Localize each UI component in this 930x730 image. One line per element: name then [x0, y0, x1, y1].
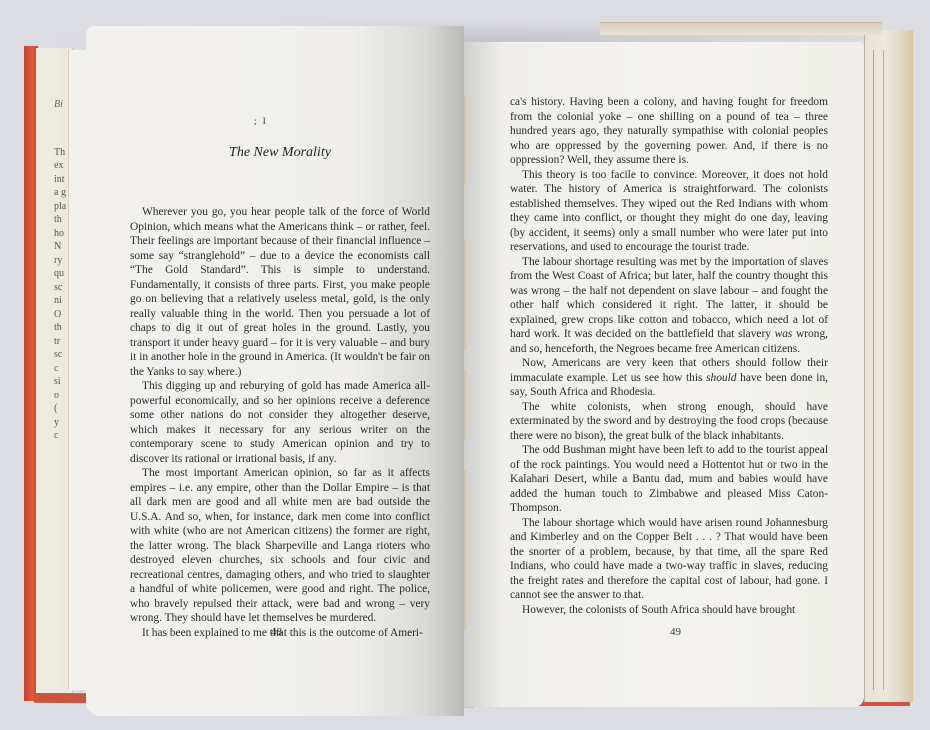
paragraph: Wherever you go, you hear people talk of… [130, 205, 430, 379]
jacket-text-fragment: y [36, 416, 72, 430]
left-page-body: Wherever you go, you hear people talk of… [130, 205, 430, 640]
jacket-text-fragment: ry [36, 254, 72, 268]
jacket-text-fragment: qu [36, 267, 72, 281]
jacket-text-fragment: N [36, 240, 72, 254]
jacket-text-fragment: ni [36, 294, 72, 308]
paragraph: The odd Bushman might have been left to … [510, 443, 828, 516]
paragraph: This digging up and reburying of gold ha… [130, 379, 430, 466]
jacket-text-fragment: o [36, 389, 72, 403]
paragraph: The labour shortage resulting was met by… [510, 255, 828, 357]
paragraph: This theory is too facile to convince. M… [510, 168, 828, 255]
paragraph: The labour shortage which would have ari… [510, 516, 828, 603]
jacket-text-fragment: ( [36, 402, 72, 416]
page-number-right: 49 [670, 626, 681, 638]
jacket-text-fragment: si [36, 375, 72, 389]
paragraph: ca's history. Having been a colony, and … [510, 95, 828, 168]
jacket-title-fragment: Bi [36, 98, 72, 112]
jacket-text-fragment: c [36, 429, 72, 443]
page-edges-right [864, 30, 913, 702]
page-number-left: 48 [271, 626, 282, 638]
chapter-number: ; I [254, 116, 268, 126]
jacket-text-fragment: tr [36, 335, 72, 349]
chapter-title: The New Morality [130, 145, 430, 161]
emphasis: should [706, 372, 736, 384]
open-book-photo: Bi Thexinta gplathhoNryquscniOthtrsccsio… [0, 0, 930, 730]
paragraph: Now, Americans are very keen that others… [510, 356, 828, 400]
paragraph: However, the colonists of South Africa s… [510, 603, 828, 618]
binding-stitch [464, 470, 466, 630]
jacket-text-fragment: a g [36, 186, 72, 200]
jacket-text-fragment: O [36, 308, 72, 322]
jacket-text-fragment: th [36, 213, 72, 227]
paragraph: The most important American opinion, so … [130, 466, 430, 626]
right-page-body: ca's history. Having been a colony, and … [510, 95, 828, 617]
jacket-text-fragment: int [36, 173, 72, 187]
jacket-text-fragment: sc [36, 348, 72, 362]
emphasis: was [775, 328, 793, 340]
jacket-text-fragment: th [36, 321, 72, 335]
jacket-text-fragment: ho [36, 227, 72, 241]
binding-stitch [464, 240, 466, 350]
page-edge-left [68, 50, 88, 690]
jacket-text-fragment: c [36, 362, 72, 376]
binding-stitch [464, 95, 466, 185]
dust-jacket-top-edge [600, 22, 882, 35]
binding-stitch [464, 370, 466, 440]
jacket-text-fragment: ex [36, 159, 72, 173]
jacket-text-fragment: Th [36, 146, 72, 160]
jacket-text-fragments: Thexinta gplathhoNryquscniOthtrsccsio(yc [36, 146, 72, 443]
jacket-text-fragment: pla [36, 200, 72, 214]
paragraph: The white colonists, when strong enough,… [510, 400, 828, 444]
jacket-text-fragment: sc [36, 281, 72, 295]
